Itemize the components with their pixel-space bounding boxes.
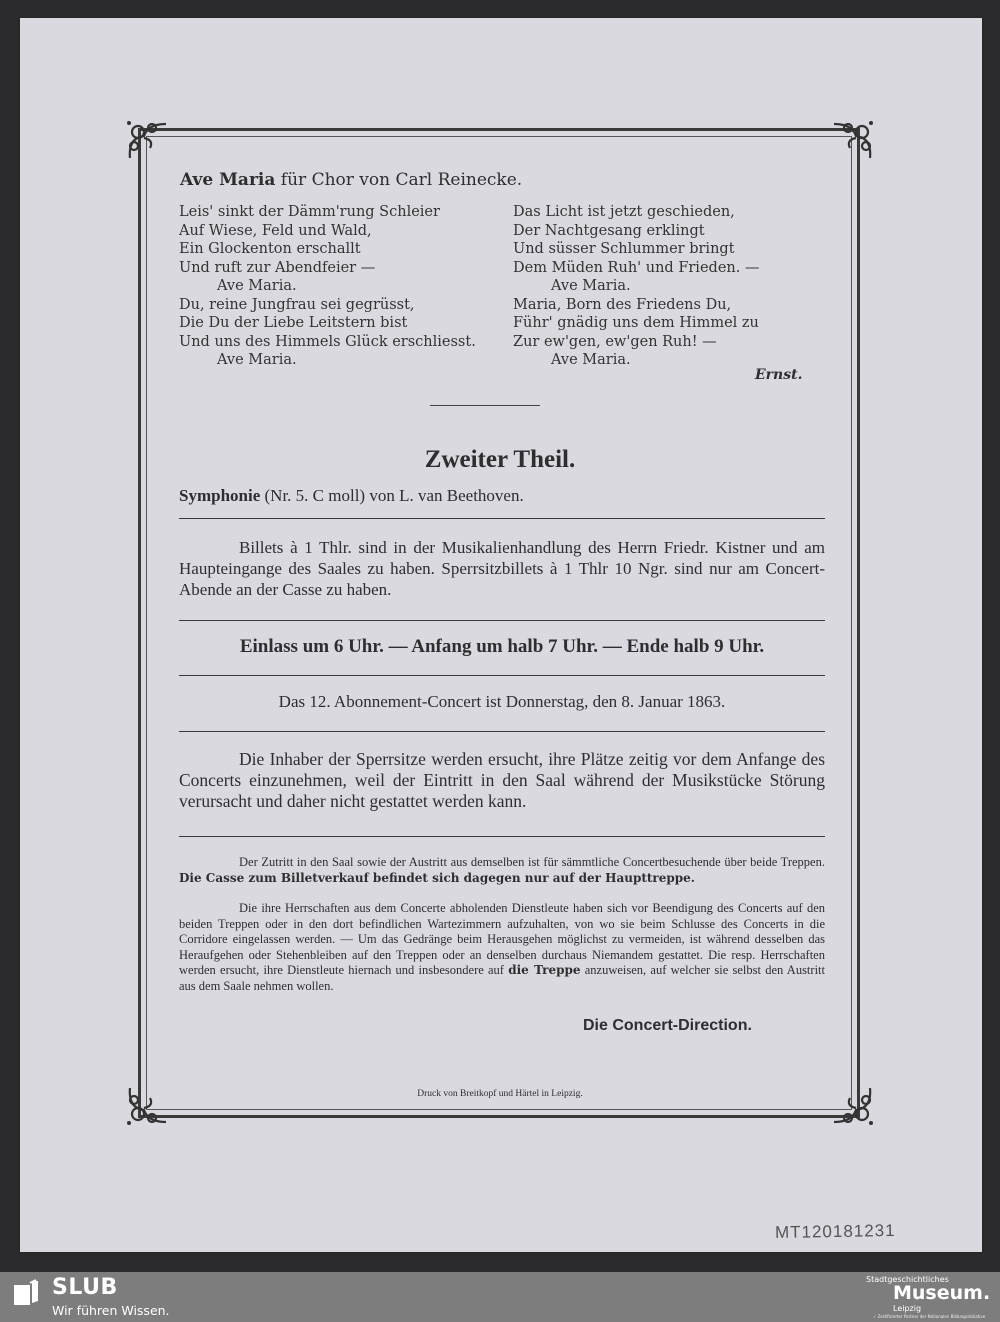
slub-name[interactable]: SLUB <box>52 1275 118 1300</box>
museum-name[interactable]: Museum. <box>893 1282 990 1304</box>
signature: Die Concert-Direction. <box>583 1017 752 1035</box>
poem-line: Zur ew'gen, ew'gen Ruh! — <box>513 333 759 352</box>
piece-title-rest: für Chor von Carl Reinecke. <box>275 170 522 190</box>
footer-bar: SLUB Wir führen Wissen. Stadtgeschichtli… <box>0 1272 1000 1322</box>
poem-line: Auf Wiese, Feld und Wald, <box>179 222 476 241</box>
poem-line: Ave Maria. <box>179 277 476 296</box>
sperrsitz-notice-text: Die Inhaber der Sperrsitze werden ersuch… <box>179 749 825 811</box>
dienstleute-paragraph: Die ihre Herrschaften aus dem Concerte a… <box>179 901 825 994</box>
poem-line: Und uns des Himmels Glück erschliesst. <box>179 333 476 352</box>
billets-text: Billets à 1 Thlr. sind in der Musikalien… <box>179 538 825 599</box>
museum-certification: ✓ Zertifizierter Partner der Nationalen … <box>873 1314 985 1319</box>
section-heading: Zweiter Theil. <box>0 446 1000 474</box>
poem-line: Du, reine Jungfrau sei gegrüsst, <box>179 296 476 315</box>
divider <box>430 405 540 406</box>
sperrsitz-notice: Die Inhaber der Sperrsitze werden ersuch… <box>179 749 825 812</box>
slub-slogan: Wir führen Wissen. <box>52 1303 170 1318</box>
dienstleute-bold: die Treppe <box>508 963 580 977</box>
poem-left-column: Leis' sinkt der Dämm'rung SchleierAuf Wi… <box>179 203 476 370</box>
poem-line: Dem Müden Ruh' und Frieden. — <box>513 259 759 278</box>
poem-line: Ave Maria. <box>513 277 759 296</box>
poem-line: Maria, Born des Friedens Du, <box>513 296 759 315</box>
symphony-bold: Symphonie <box>179 486 260 505</box>
divider <box>179 731 825 732</box>
poem-line: Leis' sinkt der Dämm'rung Schleier <box>179 203 476 222</box>
piece-title: Ave Maria für Chor von Carl Reinecke. <box>180 170 522 190</box>
poem-line: Das Licht ist jetzt geschieden, <box>513 203 759 222</box>
poem-line: Ein Glockenton erschallt <box>179 240 476 259</box>
poem-author: Ernst. <box>755 367 802 383</box>
zutritt-bold: Die Casse zum Billetverkauf befindet sic… <box>179 871 695 885</box>
poem-right-column: Das Licht ist jetzt geschieden,Der Nacht… <box>513 203 759 370</box>
next-concert-line: Das 12. Abonnement-Concert ist Donnersta… <box>179 692 825 712</box>
times-line: Einlass um 6 Uhr. — Anfang um halb 7 Uhr… <box>179 636 825 658</box>
poem-line: Der Nachtgesang erklingt <box>513 222 759 241</box>
poem-line: Ave Maria. <box>513 351 759 370</box>
divider <box>179 675 825 676</box>
piece-title-bold: Ave Maria <box>180 170 275 190</box>
corner-ornament-icon <box>830 118 876 164</box>
corner-ornament-icon <box>124 118 170 164</box>
printer-imprint: Druck von Breitkopf und Härtel in Leipzi… <box>0 1089 1000 1099</box>
divider <box>179 518 825 519</box>
symphony-line: Symphonie (Nr. 5. C moll) von L. van Bee… <box>179 486 524 506</box>
slub-logo-icon[interactable] <box>12 1279 40 1307</box>
poem-line: Und ruft zur Abendfeier — <box>179 259 476 278</box>
billets-paragraph: Billets à 1 Thlr. sind in der Musikalien… <box>179 537 825 600</box>
divider <box>179 836 825 837</box>
museum-city: Leipzig <box>893 1304 921 1313</box>
poem-line: Die Du der Liebe Leitstern bist <box>179 314 476 333</box>
zutritt-text: Der Zutritt in den Saal sowie der Austri… <box>239 855 825 869</box>
symphony-rest: (Nr. 5. C moll) von L. van Beethoven. <box>260 486 523 505</box>
poem-line: Und süsser Schlummer bringt <box>513 240 759 259</box>
divider <box>179 620 825 621</box>
poem-line: Führ' gnädig uns dem Himmel zu <box>513 314 759 333</box>
poem-line: Ave Maria. <box>179 351 476 370</box>
zutritt-paragraph: Der Zutritt in den Saal sowie der Austri… <box>179 855 825 886</box>
shelfmark: MT120181231 <box>775 1221 896 1243</box>
